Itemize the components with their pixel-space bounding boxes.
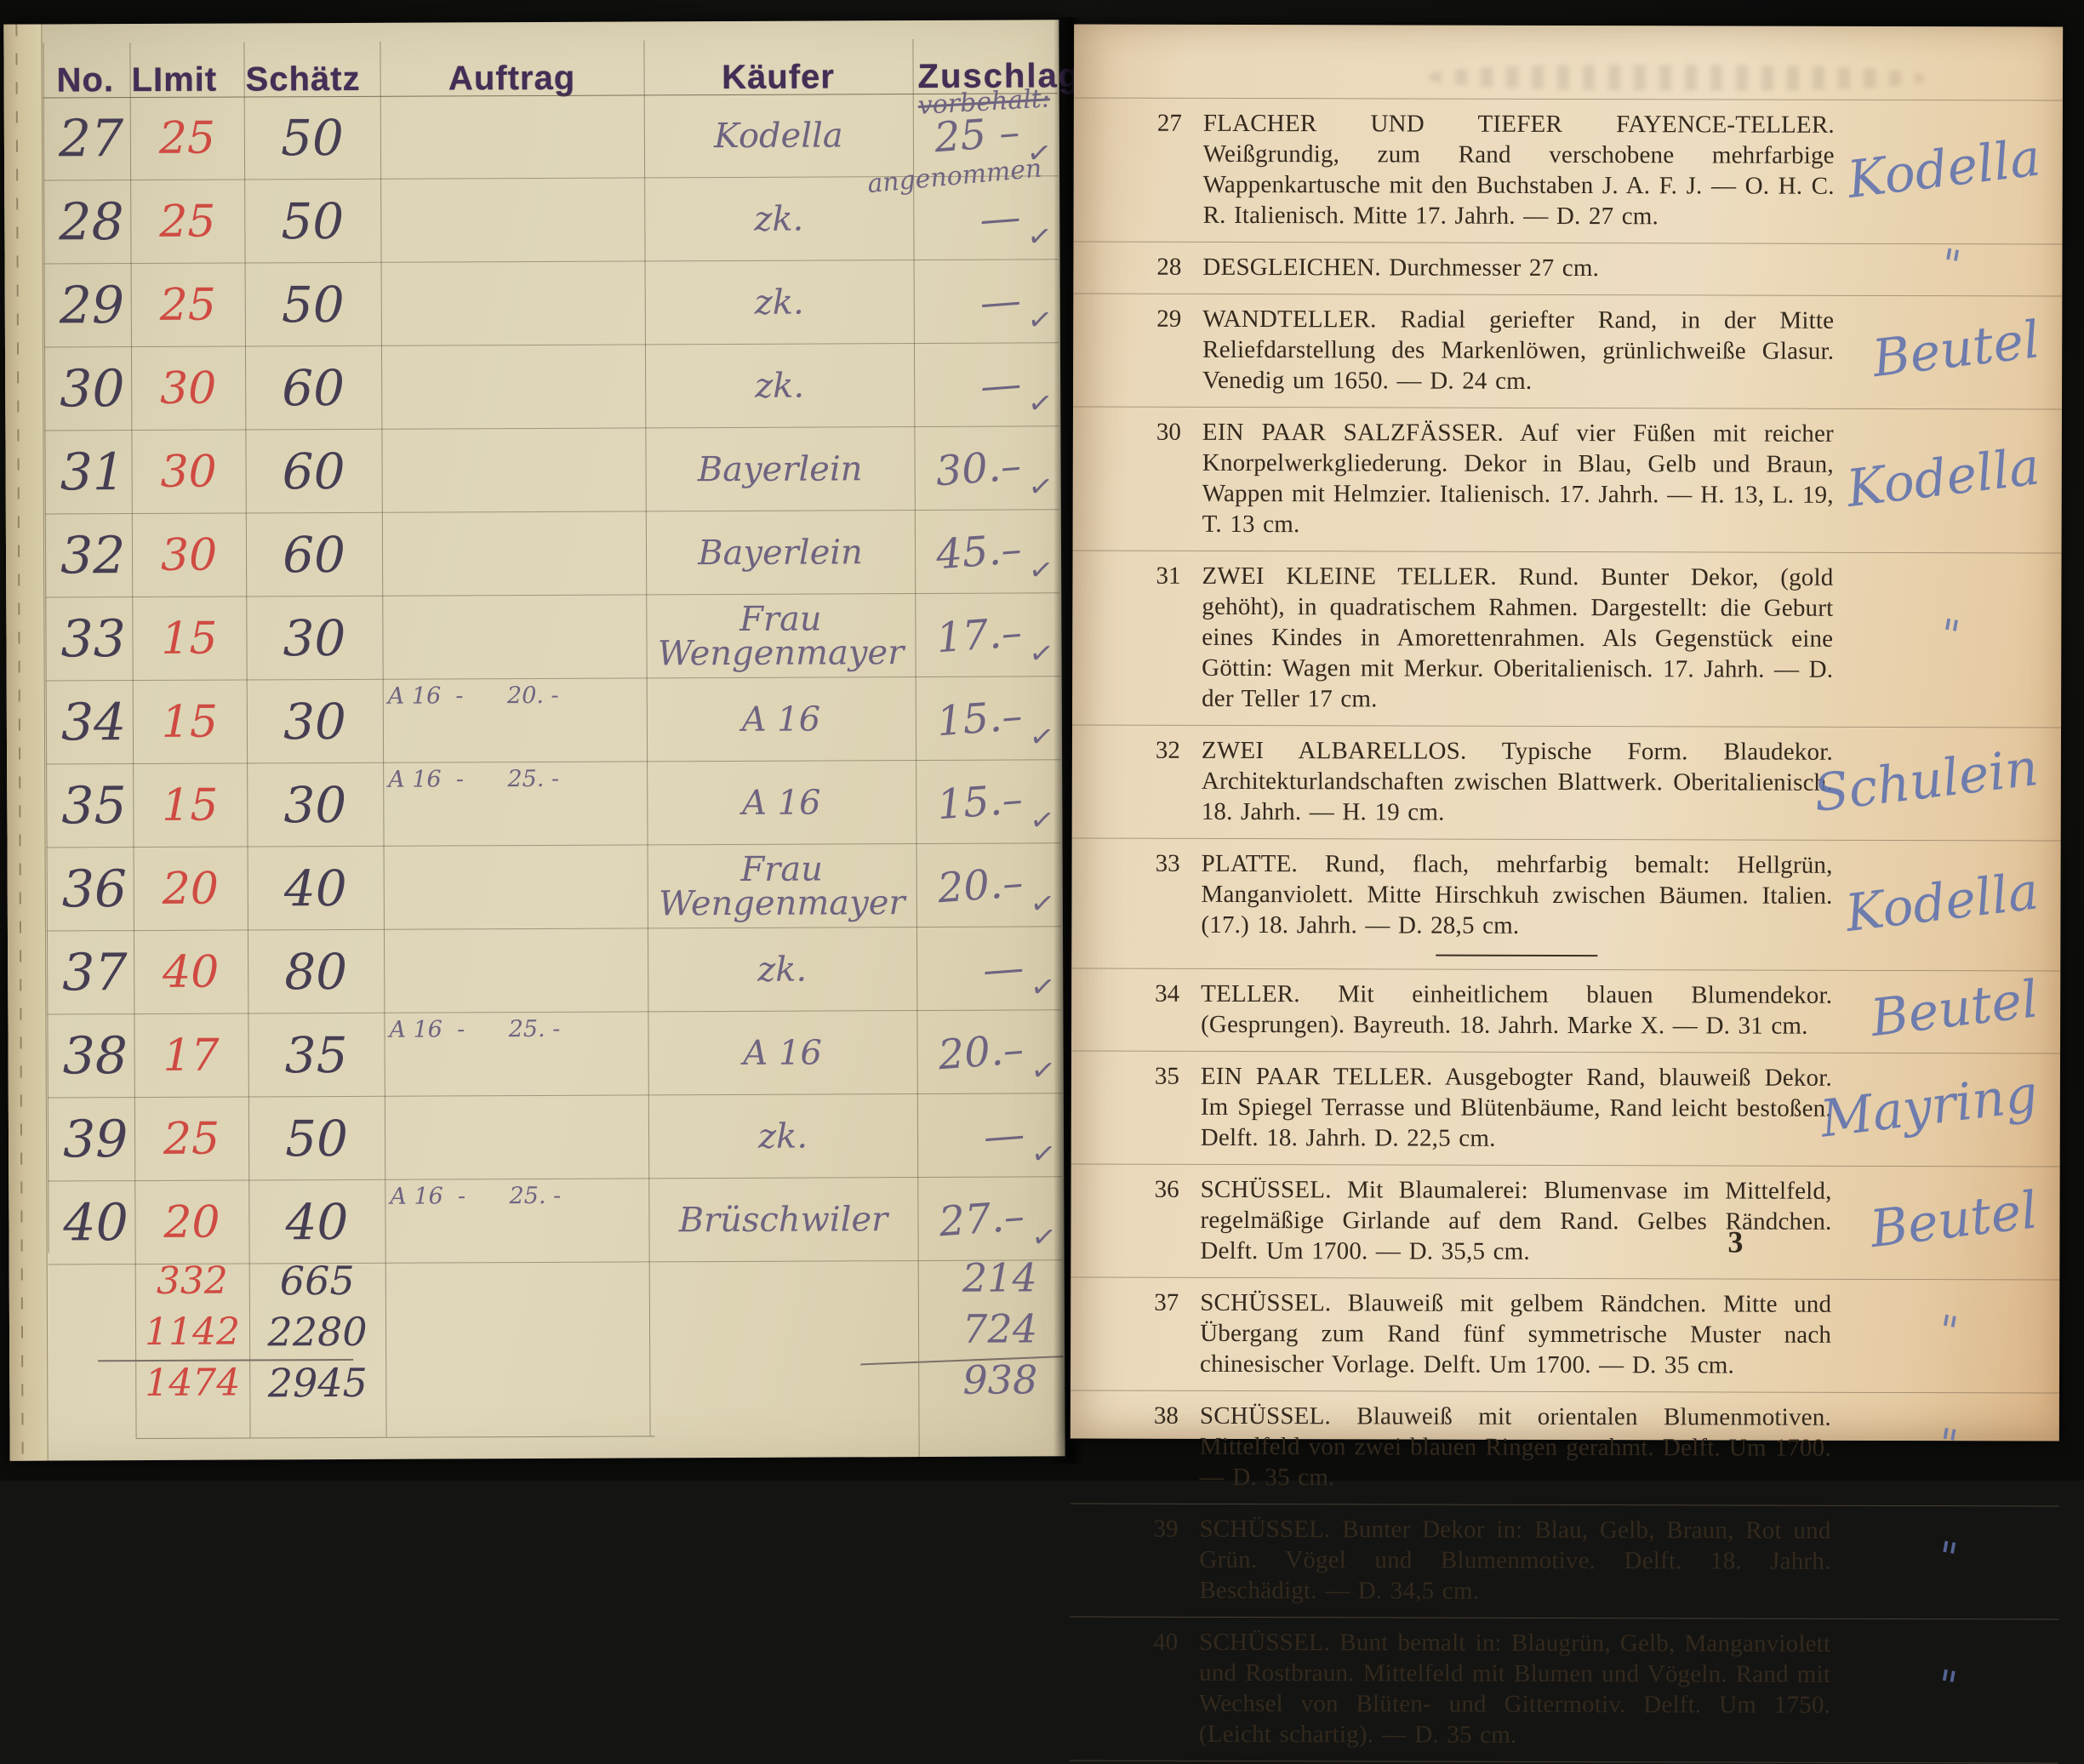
- ledger-header-row: No. LImit Schätz Auftrag Käufer Zuschlag: [43, 35, 1057, 97]
- entry-number: 27: [1157, 108, 1203, 231]
- table-row: 36 20 40 Frau Wengenmayer 20.– ✓: [47, 843, 1061, 931]
- table-row: 38 17 35 A 16 - 25. - A 16 20.– ✓: [47, 1010, 1061, 1098]
- limit-value: 30: [160, 449, 216, 494]
- estimate-value: 60: [282, 363, 345, 412]
- hammer-price: 25 –: [933, 111, 1021, 158]
- hammer-price: 20.–: [937, 1029, 1025, 1076]
- estimate-grand-total: 2945: [268, 1363, 368, 1403]
- totals-block: 332 665 214 1142 2280 724 1474 2945 938: [49, 1252, 1064, 1409]
- buyer-name: zk.: [755, 368, 804, 402]
- table-row: 32 30 60 Bayerlein 45.– ✓: [45, 510, 1059, 597]
- entry-description: DESGLEICHEN. Durchmesser 27 cm.: [1202, 252, 1834, 284]
- table-row: 33 15 30 Frau Wengenmayer 17.– ✓: [45, 593, 1059, 681]
- entry-number: 33: [1155, 848, 1201, 957]
- estimate-value: 60: [283, 446, 345, 495]
- lot-number: 36: [62, 864, 128, 915]
- entry-number: 32: [1156, 735, 1202, 827]
- hammer-price: 20.–: [936, 862, 1025, 909]
- lot-number: 38: [62, 1030, 128, 1082]
- buyer-name: A 16: [742, 702, 821, 736]
- table-row: 31 30 60 Bayerlein 30.– ✓: [44, 426, 1059, 514]
- hammer-price: 30.–: [934, 445, 1023, 492]
- ledger-rows: 27 25 50 Kodella vorbehalt: 25 – ✓ angen…: [43, 93, 1063, 1264]
- buyer-name: zk.: [758, 1119, 808, 1153]
- catalog-entry: 30 EIN PAAR SALZFÄSSER. Auf vier Füßen m…: [1073, 406, 2062, 552]
- table-row: 39 25 50 zk. — ✓: [48, 1093, 1062, 1181]
- column-header-auftrag: Auftrag: [380, 60, 644, 95]
- binding-edge: [3, 25, 48, 1461]
- bid-order-note: A 16 - 25. -: [388, 766, 559, 793]
- lot-number: 28: [59, 197, 124, 248]
- margin-annotation: ": [1936, 610, 1963, 660]
- catalog-entry: 36 SCHÜSSEL. Mit Blaumalerei: Blumenvase…: [1071, 1163, 2059, 1279]
- catalog-entry: 32 ZWEI ALBARELLOS. Typische Form. Blaud…: [1072, 724, 2061, 840]
- estimate-carryover: 2280: [267, 1312, 367, 1352]
- limit-value: 30: [161, 533, 217, 577]
- catalog-entry: 33 PLATTE. Rund, flach, mehrfarbig bemal…: [1071, 837, 2060, 970]
- catalog-entry: 38 SCHÜSSEL. Blauweiß mit orientalen Blu…: [1071, 1390, 2059, 1481]
- buyer-name: zk.: [754, 202, 803, 236]
- margin-annotation: ": [1934, 1306, 1961, 1356]
- hammer-price: —: [982, 1113, 1025, 1156]
- hammer-price: 15.–: [935, 695, 1024, 742]
- limit-carryover: 1142: [145, 1314, 240, 1351]
- lot-number: 40: [63, 1197, 128, 1248]
- entry-description: ZWEI KLEINE TELLER. Rund. Bunter Dekor, …: [1202, 561, 1833, 716]
- bid-order-note: A 16 - 25. -: [390, 1183, 561, 1210]
- limit-value: 25: [160, 283, 216, 327]
- table-row: 28 25 50 zk. — ✓: [43, 176, 1058, 264]
- checkmark-icon: ✓: [1028, 888, 1056, 920]
- column-header-limit: LImit: [130, 62, 244, 97]
- entry-description: SCHÜSSEL. Blauweiß mit orientalen Blumen…: [1200, 1401, 1831, 1481]
- limit-value: 20: [163, 866, 219, 911]
- lot-number: 33: [60, 614, 126, 665]
- estimate-value: 50: [282, 279, 345, 328]
- buyer-name: A 16: [743, 1036, 822, 1070]
- table-row: 37 40 80 zk. — ✓: [47, 927, 1061, 1014]
- table-row: 27 25 50 Kodella vorbehalt: 25 – ✓ angen…: [43, 93, 1058, 180]
- totals-bottom-line: [136, 1436, 655, 1439]
- checkmark-icon: ✓: [1026, 387, 1054, 420]
- table-row: 34 15 30 A 16 - 20. - A 16 15.– ✓: [46, 676, 1060, 764]
- hammer-subtotal: 214: [962, 1258, 1037, 1297]
- scan-background: No. LImit Schätz Auftrag Käufer Zuschlag…: [0, 0, 2084, 1481]
- table-row: 35 15 30 A 16 - 25. - A 16 15.– ✓: [46, 760, 1060, 848]
- buyer-name: Frau Wengenmayer: [646, 602, 915, 671]
- lot-number: 35: [61, 780, 127, 831]
- entry-number: 36: [1154, 1174, 1200, 1266]
- entry-description: WANDTELLER. Radial geriefter Rand, in de…: [1202, 304, 1834, 397]
- table-row: 40 20 40 A 16 - 25. - Brüschwiler 27.– ✓: [48, 1177, 1062, 1264]
- buyer-name: zk.: [755, 285, 804, 319]
- table-row: 29 25 50 zk. — ✓: [44, 260, 1059, 347]
- hammer-price: 17.–: [935, 612, 1024, 659]
- entry-description: EIN PAAR TELLER. Ausgebogter Rand, blauw…: [1201, 1061, 1832, 1155]
- entry-number: 28: [1156, 252, 1202, 283]
- hammer-price: 45.–: [935, 528, 1024, 575]
- lot-number: 30: [60, 363, 125, 414]
- column-header-kaeufer: Käufer: [644, 60, 913, 94]
- column-header-no: No.: [43, 63, 130, 97]
- catalog-entry: 27 FLACHER UND TIEFER FAYENCE-TELLER. We…: [1074, 97, 2063, 243]
- buyer-name: A 16: [742, 785, 821, 819]
- estimate-value: 30: [283, 613, 345, 662]
- checkmark-icon: ✓: [1027, 721, 1055, 753]
- checkmark-icon: ✓: [1028, 804, 1056, 836]
- table-row: 30 30 60 zk. — ✓: [44, 343, 1059, 431]
- buyer-name: Bayerlein: [698, 535, 863, 570]
- checkmark-icon: ✓: [1029, 1054, 1057, 1087]
- ledger-page: No. LImit Schätz Auftrag Käufer Zuschlag…: [3, 20, 1065, 1460]
- buyer-name: Brüschwiler: [679, 1202, 888, 1237]
- buyer-name: Bayerlein: [698, 452, 863, 487]
- margin-annotation: ": [1934, 1419, 1961, 1470]
- column-header-schaetz: Schätz: [244, 62, 380, 97]
- catalog-entry: 35 EIN PAAR TELLER. Ausgebogter Rand, bl…: [1071, 1050, 2060, 1166]
- limit-value: 25: [163, 1116, 220, 1161]
- estimate-value: 40: [284, 863, 347, 912]
- bid-order-note: A 16 - 20. -: [388, 682, 559, 710]
- catalog-entry: 37 SCHÜSSEL. Blauweiß mit gelbem Rändche…: [1071, 1276, 2059, 1392]
- catalog-entry: 29 WANDTELLER. Radial geriefter Rand, in…: [1073, 293, 2062, 408]
- margin-annotation: Beutel: [1870, 310, 2043, 389]
- entry-number: 34: [1155, 979, 1201, 1040]
- estimate-value: 50: [281, 196, 344, 245]
- entry-description: FLACHER UND TIEFER FAYENCE-TELLER. Weißg…: [1203, 108, 1835, 232]
- lot-number: 29: [60, 280, 125, 331]
- bid-order-note: A 16 - 25. -: [389, 1016, 560, 1043]
- limit-value: 25: [159, 199, 215, 243]
- lot-number: 39: [63, 1114, 128, 1165]
- margin-annotation: Kodella: [1844, 128, 2043, 210]
- checkmark-icon: ✓: [1027, 637, 1055, 670]
- lot-number: 32: [60, 530, 126, 581]
- entry-description: SCHÜSSEL. Blauweiß mit gelbem Rändchen. …: [1200, 1287, 1831, 1381]
- hammer-price: 15.–: [936, 779, 1025, 825]
- entry-description: EIN PAAR SALZFÄSSER. Auf vier Füßen mit …: [1202, 417, 1834, 541]
- entry-number: 30: [1156, 417, 1202, 539]
- buyer-name: Frau Wengenmayer: [648, 852, 916, 921]
- limit-value: 17: [163, 1033, 219, 1077]
- limit-value: 15: [161, 616, 217, 660]
- checkmark-icon: ✓: [1025, 304, 1053, 336]
- hammer-price: 27.–: [938, 1196, 1026, 1242]
- margin-annotation: ": [1938, 240, 1965, 290]
- margin-annotation: Kodella: [1842, 861, 2041, 944]
- buyer-name: zk.: [757, 952, 807, 986]
- hammer-price: —: [979, 363, 1022, 406]
- hammer-price: —: [978, 196, 1021, 239]
- hammer-price: —: [981, 946, 1025, 990]
- estimate-value: 80: [284, 946, 347, 996]
- limit-value: 15: [162, 783, 218, 827]
- hammer-carryover: 724: [962, 1309, 1037, 1348]
- hammer-grand-total: 938: [962, 1360, 1037, 1399]
- estimate-value: 30: [283, 696, 346, 745]
- lot-number: 27: [59, 113, 124, 164]
- limit-value: 30: [160, 366, 216, 410]
- limit-grand-total: 1474: [145, 1365, 240, 1402]
- limit-value: 25: [159, 116, 215, 160]
- entry-number: 31: [1156, 561, 1202, 714]
- limit-value: 40: [163, 950, 219, 994]
- entry-number: 38: [1154, 1401, 1200, 1481]
- estimate-value: 40: [285, 1196, 348, 1246]
- checkmark-icon: ✓: [1025, 220, 1053, 253]
- margin-annotation: Beutel: [1867, 1180, 2041, 1259]
- entry-number: 29: [1156, 304, 1202, 396]
- estimate-value: 30: [283, 779, 346, 829]
- margin-annotation: Beutel: [1868, 969, 2041, 1048]
- entry-description: ZWEI ALBARELLOS. Typische Form. Blaudeko…: [1202, 735, 1833, 829]
- page-number: 3: [1727, 1224, 1743, 1259]
- entry-number: 35: [1155, 1061, 1201, 1153]
- catalog-entry: 28 DESGLEICHEN. Durchmesser 27 cm. ": [1073, 241, 2062, 295]
- catalog-entries: 27 FLACHER UND TIEFER FAYENCE-TELLER. We…: [1070, 97, 2063, 1481]
- printed-separator: [1436, 955, 1597, 956]
- estimate-value: 50: [285, 1113, 348, 1162]
- estimate-value: 50: [281, 112, 344, 162]
- catalog-entry: 34 TELLER. Mit einheitlichem blauen Blum…: [1071, 968, 2060, 1053]
- checkmark-icon: ✓: [1026, 554, 1054, 586]
- margin-annotation: Mayring: [1818, 1065, 2041, 1150]
- checkmark-icon: ✓: [1026, 471, 1054, 503]
- margin-annotation: Schulein: [1811, 738, 2041, 824]
- catalog-page: 27 FLACHER UND TIEFER FAYENCE-TELLER. We…: [1071, 24, 2063, 1441]
- lot-number: 34: [61, 697, 127, 748]
- estimate-value: 60: [283, 529, 345, 579]
- entry-description: TELLER. Mit einheitlichem blauen Blumend…: [1201, 979, 1832, 1042]
- estimate-subtotal: 665: [280, 1261, 355, 1300]
- catalog-entry: 31 ZWEI KLEINE TELLER. Rund. Bunter Deko…: [1072, 550, 2062, 727]
- limit-subtotal: 332: [157, 1263, 228, 1300]
- lot-number: 31: [60, 447, 125, 498]
- margin-annotation: Kodella: [1843, 437, 2042, 519]
- limit-value: 20: [163, 1200, 220, 1244]
- checkmark-icon: ✓: [1029, 971, 1057, 1003]
- estimate-value: 35: [285, 1030, 348, 1079]
- hammer-price: —: [979, 279, 1022, 323]
- limit-value: 15: [162, 699, 218, 744]
- bleed-through-smudge: [1430, 65, 1924, 92]
- buyer-name: Kodella: [714, 118, 843, 153]
- entry-number: 37: [1154, 1287, 1200, 1379]
- entry-description: PLATTE. Rund, flach, mehrfarbig bemalt: …: [1201, 848, 1832, 942]
- lot-number: 37: [62, 947, 128, 998]
